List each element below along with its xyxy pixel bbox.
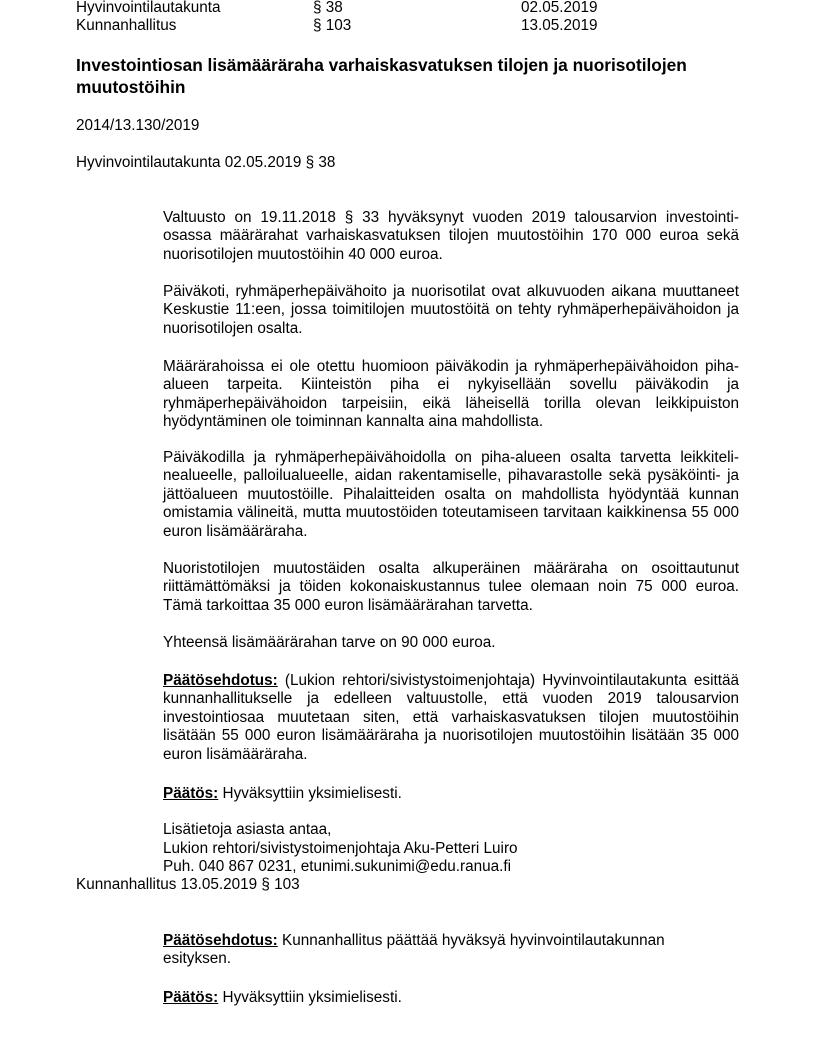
contact-info: Lisätietoja asiasta antaa, Lukion rehtor… xyxy=(163,821,739,877)
contact-phone-email: Puh. 040 867 0231, etunimi.sukunimi@edu.… xyxy=(163,858,739,877)
decision-2: Päätös: Hyväksyttiin yksimielisesti. xyxy=(163,989,739,1007)
header-body-name: Hyvinvointilautakunta xyxy=(76,0,221,17)
paragraph-total: Yhteensä lisämäärärahan tarve on 90 000 … xyxy=(163,634,739,652)
header-date: 13.05.2019 xyxy=(521,17,598,35)
paragraph-budget-background: Valtuusto on 19.11.2018 § 33 hyväksynyt … xyxy=(163,209,739,264)
decision-proposal-2: Päätösehdotus: Kunnanhallitus päättää hy… xyxy=(163,932,703,969)
paragraph-yard-works: Päiväkodilla ja ryhmäperhepäivähoidolla … xyxy=(163,449,739,541)
header-date: 02.05.2019 xyxy=(521,0,598,17)
document-title: Investointiosan lisämääräraha varhaiskas… xyxy=(76,54,756,98)
header-body-name: Kunnanhallitus xyxy=(76,17,176,35)
decision-proposal-1: Päätösehdotus: (Lukion rehtori/sivistyst… xyxy=(163,672,739,764)
meeting-heading-kunnanhallitus: Kunnanhallitus 13.05.2019 § 103 xyxy=(76,876,300,894)
paragraph-relocation: Päiväkoti, ryhmäperhepäivähoito ja nuori… xyxy=(163,283,739,338)
proposal-label: Päätösehdotus: xyxy=(163,672,278,689)
decision-label: Päätös: xyxy=(163,989,218,1006)
meeting-heading-hyvinvointilautakunta: Hyvinvointilautakunta 02.05.2019 § 38 xyxy=(76,154,335,172)
paragraph-youth-facilities: Nuoristotilojen muutostäiden osalta alku… xyxy=(163,560,739,615)
contact-person: Lukion rehtori/sivistystoimenjohtaja Aku… xyxy=(163,840,739,859)
record-number: 2014/13.130/2019 xyxy=(76,117,199,135)
header-section: § 38 xyxy=(313,0,343,17)
paragraph-yard-needs: Määrärahoissa ei ole otettu huomioon päi… xyxy=(163,358,739,432)
proposal-label: Päätösehdotus: xyxy=(163,932,278,949)
contact-intro: Lisätietoja asiasta antaa, xyxy=(163,821,739,840)
decision-text: Hyväksyttiin yksimielisesti. xyxy=(218,989,402,1006)
header-section: § 103 xyxy=(313,17,351,35)
decision-1: Päätös: Hyväksyttiin yksimielisesti. xyxy=(163,785,739,803)
decision-label: Päätös: xyxy=(163,785,218,802)
decision-text: Hyväksyttiin yksimielisesti. xyxy=(218,785,402,802)
